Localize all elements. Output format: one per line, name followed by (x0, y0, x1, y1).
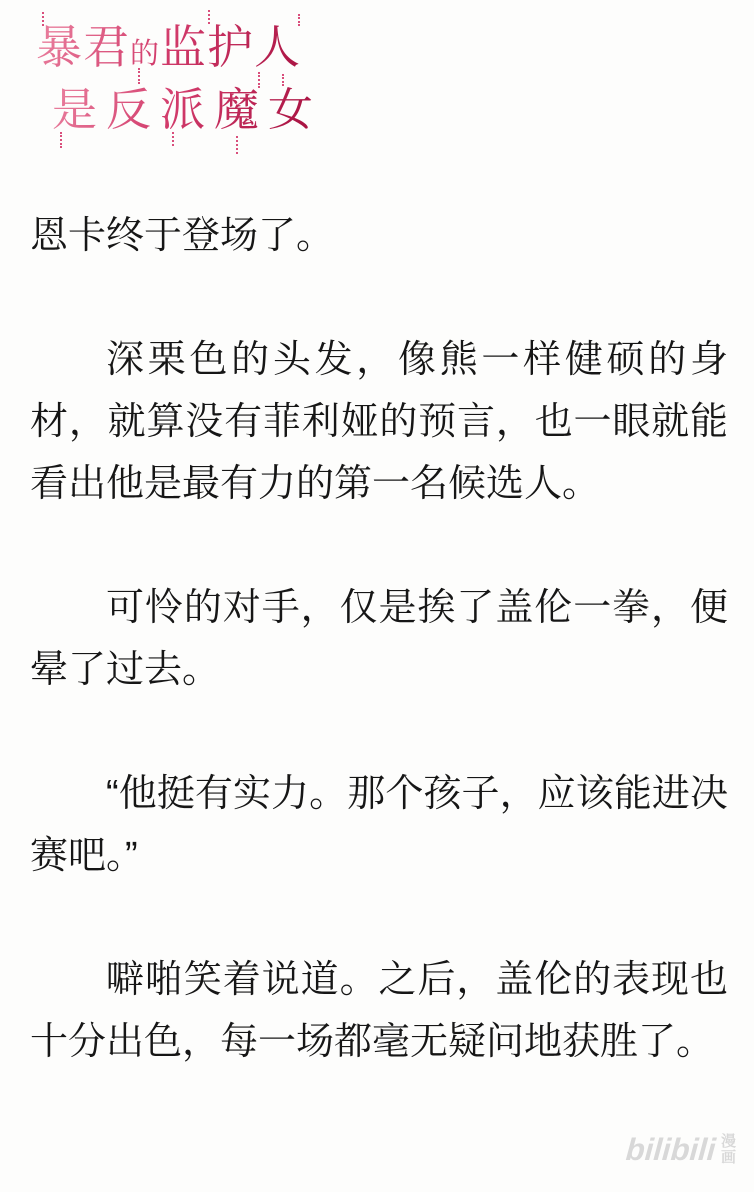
logo-flourish-dots-icon (60, 132, 62, 148)
bilibili-manhua-char-bottom: 画 (721, 1150, 736, 1166)
logo-flourish-dots-icon (172, 132, 174, 146)
logo-flourish-dots-icon (208, 10, 210, 24)
novel-paragraph: “他挺有实力。那个孩子，应该能进决赛吧。” (30, 763, 728, 887)
novel-paragraph: 恩卡终于登场了。 (30, 205, 728, 267)
bilibili-logo-text: bilibili (625, 1132, 717, 1168)
series-logo: 暴君的监护人 是反派魔女 (36, 20, 322, 138)
logo-flourish-dots-icon (236, 136, 238, 154)
bilibili-manhua-label: 漫 画 (721, 1134, 736, 1166)
series-logo-line1-part2: 监护人 (160, 22, 301, 73)
series-logo-line1-small: 的 (130, 38, 160, 70)
novel-text-body: 恩卡终于登场了。 深栗色的头发，像熊一样健硕的身材，就算没有菲利娅的预言，也一眼… (30, 205, 728, 1135)
series-logo-line1-part1: 暴君 (36, 22, 130, 73)
novel-paragraph: 噼啪笑着说道。之后，盖伦的表现也十分出色，每一场都毫无疑问地获胜了。 (30, 949, 728, 1073)
logo-flourish-dots-icon (298, 14, 300, 26)
series-logo-line1: 暴君的监护人 (36, 20, 322, 82)
novel-page: { "page": { "background": "#fdfdfc", "te… (0, 0, 754, 1192)
bilibili-watermark: bilibili 漫 画 (626, 1132, 736, 1168)
novel-paragraph: 深栗色的头发，像熊一样健硕的身材，就算没有菲利娅的预言，也一眼就能看出他是最有力… (30, 329, 728, 515)
series-logo-line2: 是反派魔女 (52, 82, 322, 138)
bilibili-manhua-char-top: 漫 (721, 1134, 736, 1150)
logo-flourish-dots-icon (138, 68, 140, 84)
novel-paragraph: 可怜的对手，仅是挨了盖伦一拳，便晕了过去。 (30, 577, 728, 701)
logo-flourish-dots-icon (258, 72, 260, 88)
logo-flourish-dots-icon (42, 12, 44, 26)
logo-flourish-dots-icon (282, 74, 284, 86)
